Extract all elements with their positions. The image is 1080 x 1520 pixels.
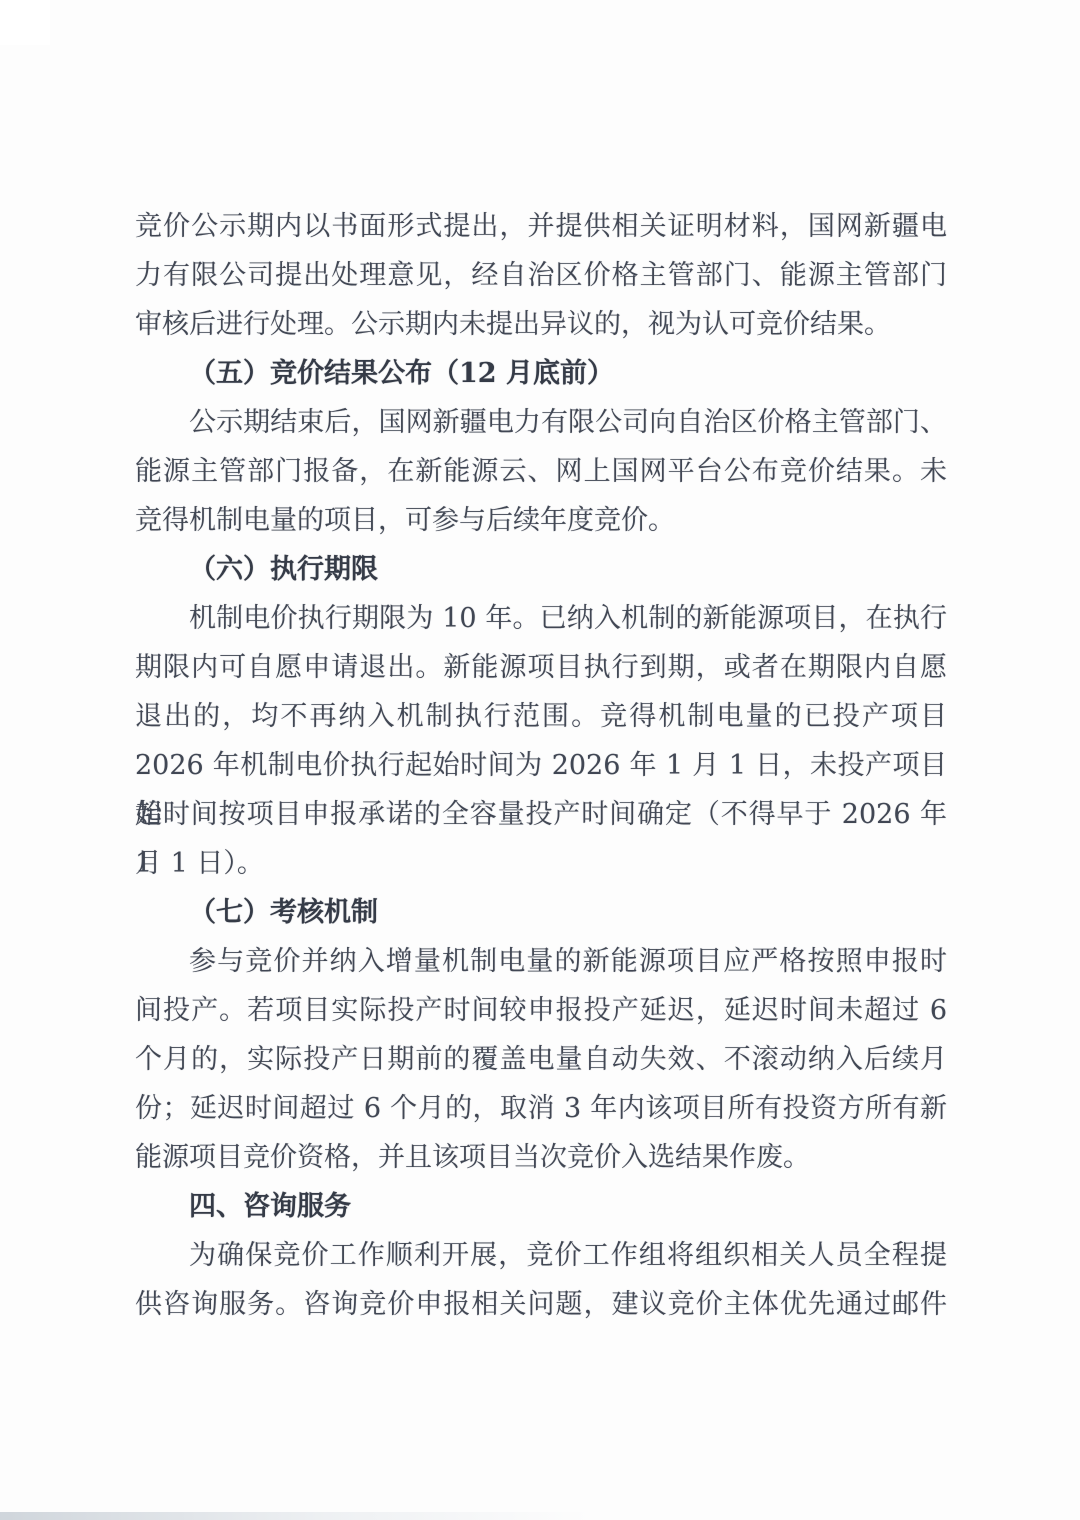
text-line: 2026 年机制电价执行起始时间为 2026 年 1 月 1 日，未投产项目起 [135,741,947,790]
text-line: 退出的，均不再纳入机制执行范围。竞得机制电量的已投产项目 [135,692,947,741]
section-heading: （七）考核机制 [135,888,947,937]
text-line: 竞得机制电量的项目，可参与后续年度竞价。 [135,496,947,545]
section-heading: 四、咨询服务 [135,1182,947,1231]
text-line: 间投产。若项目实际投产时间较申报投产延迟，延迟时间未超过 6 [135,986,947,1035]
text-line: 期限内可自愿申请退出。新能源项目执行到期，或者在期限内自愿 [135,643,947,692]
text-line: 月 1 日）。 [135,839,947,888]
text-line: 供咨询服务。咨询竞价申报相关问题，建议竞价主体优先通过邮件 [135,1280,947,1329]
document-text-block: 竞价公示期内以书面形式提出，并提供相关证明材料，国网新疆电力有限公司提出处理意见… [135,202,947,1329]
text-line: 审核后进行处理。公示期内未提出异议的，视为认可竞价结果。 [135,300,947,349]
text-line: 始时间按项目申报承诺的全容量投产时间确定（不得早于 2026 年 1 [135,790,947,839]
text-line: 竞价公示期内以书面形式提出，并提供相关证明材料，国网新疆电 [135,202,947,251]
text-line: 为确保竞价工作顺利开展，竞价工作组将组织相关人员全程提 [135,1231,947,1280]
text-line: 公示期结束后，国网新疆电力有限公司向自治区价格主管部门、 [135,398,947,447]
document-page: 竞价公示期内以书面形式提出，并提供相关证明材料，国网新疆电力有限公司提出处理意见… [0,0,1080,1520]
section-heading: （六）执行期限 [135,545,947,594]
text-line: 份；延迟时间超过 6 个月的，取消 3 年内该项目所有投资方所有新 [135,1084,947,1133]
text-line: 能源主管部门报备，在新能源云、网上国网平台公布竞价结果。未 [135,447,947,496]
text-line: 个月的，实际投产日期前的覆盖电量自动失效、不滚动纳入后续月 [135,1035,947,1084]
text-line: 能源项目竞价资格，并且该项目当次竞价入选结果作废。 [135,1133,947,1182]
scan-edge-shadow [0,1512,590,1520]
text-line: 机制电价执行期限为 10 年。已纳入机制的新能源项目，在执行 [135,594,947,643]
scan-corner-artifact [0,0,50,45]
section-heading: （五）竞价结果公布（12 月底前） [135,349,947,398]
text-line: 力有限公司提出处理意见，经自治区价格主管部门、能源主管部门 [135,251,947,300]
text-line: 参与竞价并纳入增量机制电量的新能源项目应严格按照申报时 [135,937,947,986]
